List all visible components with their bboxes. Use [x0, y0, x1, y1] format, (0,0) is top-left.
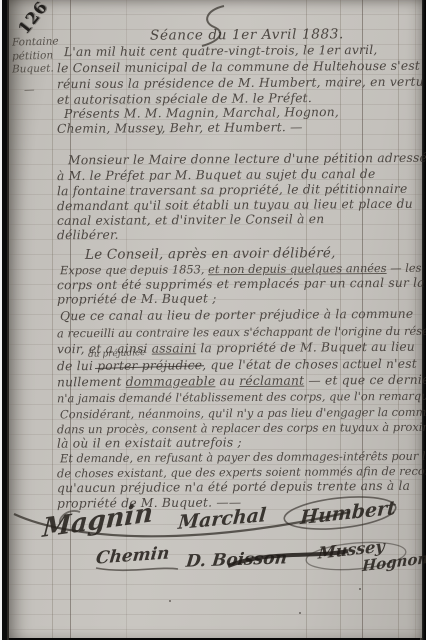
line-segment: — les: [387, 261, 422, 275]
chemin-underline-flourish: [96, 568, 178, 570]
manuscript-line: Chemin, Mussey, Behr, et Humbert. —: [57, 120, 303, 136]
line-segment: la propriété de M. Buquet au lieu: [196, 340, 415, 356]
manuscript-line: qu'aucun préjudice n'a été porté depuis …: [57, 479, 410, 495]
manuscript-line: Que ce canal au lieu de porter préjudice…: [60, 307, 413, 323]
underlined-segment: réclamant: [239, 374, 304, 388]
manuscript-line: réuni sous la présidence de M. Humbert, …: [57, 75, 424, 92]
manuscript-line: délibérer.: [57, 228, 119, 242]
margin-note-dash: —: [24, 84, 35, 96]
manuscript-line: a recueilli au contraire les eaux s'écha…: [57, 324, 426, 341]
margin-note: Buquet.: [12, 62, 54, 75]
line-segment: au: [215, 374, 239, 388]
manuscript-line: demandant qu'il soit établi un tuyau au …: [57, 197, 413, 213]
session-header: Séance du 1er Avril 1883.: [150, 26, 344, 43]
manuscript-line: le Conseil municipal de la commune de Hu…: [57, 59, 420, 76]
manuscript-line: la fontaine traversant sa propriété, le …: [57, 182, 408, 198]
manuscript-line: n'a jamais demandé l'établissement des c…: [57, 389, 426, 406]
scanned-register-page: 126 Fontaine pétition Buquet. — Séance d…: [0, 0, 426, 640]
signature: Humbert: [299, 497, 396, 529]
underlined-segment: et non depuis quelques années: [208, 261, 387, 276]
manuscript-line: canal existant, et d'inviter le Conseil …: [57, 212, 324, 228]
line-segment: — et que ce dernier: [304, 373, 426, 388]
manuscript-content: 126 Fontaine pétition Buquet. — Séance d…: [0, 0, 426, 640]
manuscript-line-underlined: Expose que depuis 1853, et non depuis qu…: [60, 261, 422, 278]
manuscript-line: Monsieur le Maire donne lecture d'une pé…: [68, 151, 426, 168]
manuscript-line-underlined: nullement dommageable au réclamant — et …: [57, 373, 426, 390]
manuscript-line: là où il en existait autrefois ;: [57, 435, 242, 450]
page-number: 126: [14, 0, 51, 38]
manuscript-line: à M. le Préfet par M. Buquet au sujet du…: [57, 167, 376, 183]
underlined-segment: assaini: [152, 341, 197, 355]
manuscript-line: Et demande, en refusant à payer des domm…: [60, 449, 426, 466]
signature: D. Boisson: [185, 548, 288, 572]
manuscript-line: L'an mil huit cent quatre-vingt-trois, l…: [64, 43, 378, 59]
struck-segment: porter préjudice: [97, 358, 202, 373]
manuscript-line: Considérant, néanmoins, qu'il n'y a pas …: [60, 405, 426, 422]
margin-note: pétition: [12, 49, 53, 62]
manuscript-line: corps ont été supprimés et remplacés par…: [57, 276, 425, 293]
line-segment: nullement: [57, 375, 126, 389]
manuscript-line: Présents M. M. Magnin, Marchal, Hognon,: [64, 105, 339, 121]
signature: Chemin: [95, 543, 170, 568]
manuscript-line: propriété de M. Buquet ;: [57, 291, 217, 306]
manuscript-line: Le Conseil, après en avoir délibéré,: [85, 245, 336, 263]
line-segment: Expose que depuis 1853,: [60, 262, 208, 277]
manuscript-line: dans un procès, consent à replacer des c…: [57, 420, 426, 437]
margin-note: Fontaine: [12, 35, 59, 48]
manuscript-line-struck: de lui porter préjudice, que l'état de c…: [57, 357, 417, 374]
line-segment: de lui: [57, 359, 97, 373]
underlined-segment: dommageable: [126, 374, 216, 389]
line-segment: , que l'état de choses actuel n'est: [202, 357, 417, 372]
manuscript-line: de choses existant, que des experts soie…: [57, 464, 426, 481]
